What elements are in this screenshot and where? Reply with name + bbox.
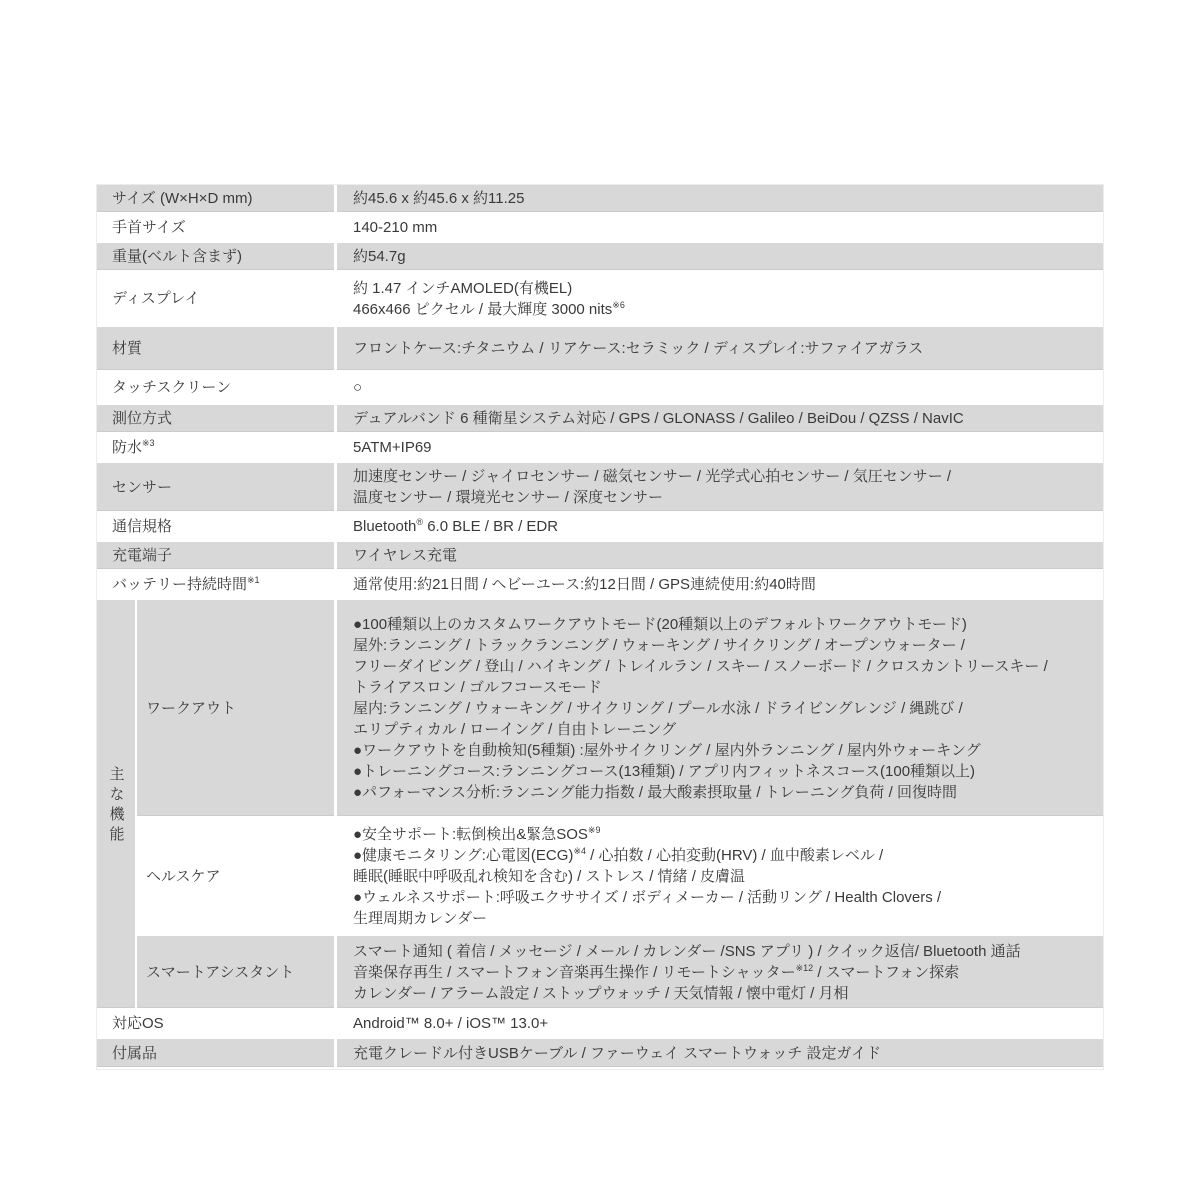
spec-value-line: ●トレーニングコース:ランニングコース(13種類) / アプリ内フィットネスコー… xyxy=(353,761,1089,782)
superscript-note: ※1 xyxy=(247,575,260,585)
spec-label: 付属品 xyxy=(97,1039,337,1069)
spec-row: ディスプレイ約 1.47 インチAMOLED(有機EL)466x466 ピクセル… xyxy=(97,272,1103,327)
spec-label: ディスプレイ xyxy=(97,272,337,327)
spec-label: サイズ (W×H×D mm) xyxy=(97,185,337,214)
spec-table-body: サイズ (W×H×D mm)約45.6 x 約45.6 x 約11.25手首サイ… xyxy=(97,185,1103,1069)
spec-value-line: エリプティカル / ローイング / 自由トレーニング xyxy=(353,719,1089,740)
spec-value-line: ワイヤレス充電 xyxy=(353,545,1089,566)
spec-value: Android™ 8.0+ / iOS™ 13.0+ xyxy=(337,1010,1103,1039)
spec-table: サイズ (W×H×D mm)約45.6 x 約45.6 x 約11.25手首サイ… xyxy=(97,185,1103,1069)
spec-value: 5ATM+IP69 xyxy=(337,434,1103,463)
spec-sublabel: ヘルスケア xyxy=(137,818,337,936)
spec-value: ●100種類以上のカスタムワークアウトモード(20種類以上のデフォルトワークアウ… xyxy=(337,600,1103,818)
spec-sheet: サイズ (W×H×D mm)約45.6 x 約45.6 x 約11.25手首サイ… xyxy=(97,185,1103,1069)
spec-subrow: ヘルスケア●安全サポート:転倒検出&緊急SOS※9●健康モニタリング:心電図(E… xyxy=(97,818,1103,936)
spec-value-line: 5ATM+IP69 xyxy=(353,437,1089,458)
spec-value-line: ●ワークアウトを自動検知(5種類) :屋外サイクリング / 屋内外ランニング /… xyxy=(353,740,1089,761)
superscript-note: ® xyxy=(416,517,423,527)
spec-value-line: デュアルバンド 6 種衛星システム対応 / GPS / GLONASS / Ga… xyxy=(353,408,1089,429)
spec-value-line: ●ウェルネスサポート:呼吸エクササイズ / ボディメーカー / 活動リング / … xyxy=(353,887,1089,908)
spec-value-line: 充電クレードル付きUSBケーブル / ファーウェイ スマートウォッチ 設定ガイド xyxy=(353,1043,1089,1064)
spec-label: 通信規格 xyxy=(97,513,337,542)
spec-value: Bluetooth® 6.0 BLE / BR / EDR xyxy=(337,513,1103,542)
spec-value-line: Bluetooth® 6.0 BLE / BR / EDR xyxy=(353,516,1089,537)
spec-row: 手首サイズ140-210 mm xyxy=(97,214,1103,243)
spec-value-line: 加速度センサー / ジャイロセンサー / 磁気センサー / 光学式心拍センサー … xyxy=(353,466,1089,487)
spec-value: 約45.6 x 約45.6 x 約11.25 xyxy=(337,185,1103,214)
spec-value: 加速度センサー / ジャイロセンサー / 磁気センサー / 光学式心拍センサー … xyxy=(337,463,1103,513)
spec-value-line: 睡眠(睡眠中呼吸乱れ検知を含む) / ストレス / 情緒 / 皮膚温 xyxy=(353,866,1089,887)
spec-value: スマート通知 ( 着信 / メッセージ / メール / カレンダー /SNS ア… xyxy=(337,936,1103,1010)
spec-value: 通常使用:約21日間 / ヘビーユース:約12日間 / GPS連続使用:約40時… xyxy=(337,571,1103,600)
spec-label: 防水※3 xyxy=(97,434,337,463)
spec-label: バッテリー持続時間※1 xyxy=(97,571,337,600)
spec-row: サイズ (W×H×D mm)約45.6 x 約45.6 x 約11.25 xyxy=(97,185,1103,214)
spec-sublabel: ワークアウト xyxy=(137,600,337,818)
spec-row: 充電端子ワイヤレス充電 xyxy=(97,542,1103,571)
spec-value-line: 約 1.47 インチAMOLED(有機EL) xyxy=(353,278,1089,299)
spec-value: 充電クレードル付きUSBケーブル / ファーウェイ スマートウォッチ 設定ガイド xyxy=(337,1039,1103,1069)
spec-value-line: 音楽保存再生 / スマートフォン音楽再生操作 / リモートシャッター※12 / … xyxy=(353,962,1089,983)
spec-value-line: 屋内:ランニング / ウォーキング / サイクリング / プール水泳 / ドライ… xyxy=(353,698,1089,719)
spec-label: 手首サイズ xyxy=(97,214,337,243)
spec-subrow: 主な機能ワークアウト●100種類以上のカスタムワークアウトモード(20種類以上の… xyxy=(97,600,1103,818)
spec-row: バッテリー持続時間※1通常使用:約21日間 / ヘビーユース:約12日間 / G… xyxy=(97,571,1103,600)
spec-label: 対応OS xyxy=(97,1010,337,1039)
spec-value: 約54.7g xyxy=(337,243,1103,272)
spec-value: ●安全サポート:転倒検出&緊急SOS※9●健康モニタリング:心電図(ECG)※4… xyxy=(337,818,1103,936)
spec-value-line: フロントケース:チタニウム / リアケース:セラミック / ディスプレイ:サファ… xyxy=(353,338,1089,359)
spec-value: 140-210 mm xyxy=(337,214,1103,243)
spec-value-line: 140-210 mm xyxy=(353,217,1089,238)
spec-value-line: ●安全サポート:転倒検出&緊急SOS※9 xyxy=(353,824,1089,845)
spec-subrow: スマートアシスタントスマート通知 ( 着信 / メッセージ / メール / カレ… xyxy=(97,936,1103,1010)
superscript-note: ※4 xyxy=(573,846,586,856)
spec-value-line: スマート通知 ( 着信 / メッセージ / メール / カレンダー /SNS ア… xyxy=(353,941,1089,962)
spec-value: ○ xyxy=(337,372,1103,405)
spec-value: デュアルバンド 6 種衛星システム対応 / GPS / GLONASS / Ga… xyxy=(337,405,1103,434)
spec-value-line: カレンダー / アラーム設定 / ストップウォッチ / 天気情報 / 懐中電灯 … xyxy=(353,983,1089,1004)
spec-label: 充電端子 xyxy=(97,542,337,571)
superscript-note: ※9 xyxy=(588,825,601,835)
superscript-note: ※12 xyxy=(796,963,814,973)
spec-value: ワイヤレス充電 xyxy=(337,542,1103,571)
spec-label: 測位方式 xyxy=(97,405,337,434)
spec-row: 測位方式デュアルバンド 6 種衛星システム対応 / GPS / GLONASS … xyxy=(97,405,1103,434)
spec-row: 対応OSAndroid™ 8.0+ / iOS™ 13.0+ xyxy=(97,1010,1103,1039)
spec-label: タッチスクリーン xyxy=(97,372,337,405)
spec-value: 約 1.47 インチAMOLED(有機EL)466x466 ピクセル / 最大輝… xyxy=(337,272,1103,327)
spec-sublabel: スマートアシスタント xyxy=(137,936,337,1010)
spec-label: 重量(ベルト含まず) xyxy=(97,243,337,272)
spec-value-line: ●健康モニタリング:心電図(ECG)※4 / 心拍数 / 心拍変動(HRV) /… xyxy=(353,845,1089,866)
spec-row: 重量(ベルト含まず)約54.7g xyxy=(97,243,1103,272)
spec-label: 材質 xyxy=(97,327,337,372)
superscript-note: ※6 xyxy=(612,300,625,310)
spec-row: 付属品充電クレードル付きUSBケーブル / ファーウェイ スマートウォッチ 設定… xyxy=(97,1039,1103,1069)
spec-value-line: 生理周期カレンダー xyxy=(353,908,1089,929)
spec-label: センサー xyxy=(97,463,337,513)
spec-value-line: 約54.7g xyxy=(353,246,1089,267)
spec-value-line: 約45.6 x 約45.6 x 約11.25 xyxy=(353,188,1089,209)
spec-value-line: ●パフォーマンス分析:ランニング能力指数 / 最大酸素摂取量 / トレーニング負… xyxy=(353,782,1089,803)
spec-row: タッチスクリーン○ xyxy=(97,372,1103,405)
spec-row: センサー加速度センサー / ジャイロセンサー / 磁気センサー / 光学式心拍セ… xyxy=(97,463,1103,513)
spec-value-line: Android™ 8.0+ / iOS™ 13.0+ xyxy=(353,1013,1089,1034)
spec-value-line: 屋外:ランニング / トラックランニング / ウォーキング / サイクリング /… xyxy=(353,635,1089,656)
superscript-note: ※3 xyxy=(142,438,155,448)
spec-value: フロントケース:チタニウム / リアケース:セラミック / ディスプレイ:サファ… xyxy=(337,327,1103,372)
spec-row: 防水※35ATM+IP69 xyxy=(97,434,1103,463)
spec-value-line: 温度センサー / 環境光センサー / 深度センサー xyxy=(353,487,1089,508)
group-label-main-features: 主な機能 xyxy=(97,600,137,1010)
spec-value-line: トライアスロン / ゴルフコースモード xyxy=(353,677,1089,698)
spec-value-line: 466x466 ピクセル / 最大輝度 3000 nits※6 xyxy=(353,299,1089,320)
spec-value-line: ○ xyxy=(353,377,1089,398)
spec-row: 通信規格Bluetooth® 6.0 BLE / BR / EDR xyxy=(97,513,1103,542)
spec-value-line: 通常使用:約21日間 / ヘビーユース:約12日間 / GPS連続使用:約40時… xyxy=(353,574,1089,595)
spec-row: 材質フロントケース:チタニウム / リアケース:セラミック / ディスプレイ:サ… xyxy=(97,327,1103,372)
spec-value-line: フリーダイビング / 登山 / ハイキング / トレイルラン / スキー / ス… xyxy=(353,656,1089,677)
spec-value-line: ●100種類以上のカスタムワークアウトモード(20種類以上のデフォルトワークアウ… xyxy=(353,614,1089,635)
